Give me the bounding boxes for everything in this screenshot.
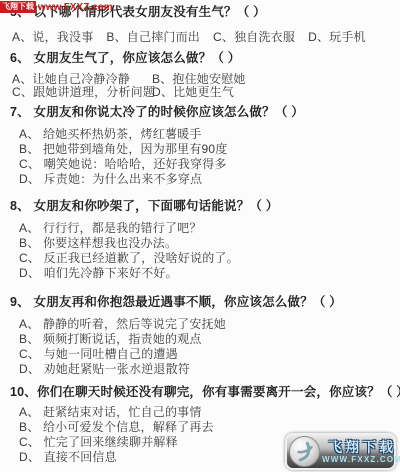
question-6-title: 6、 女朋友生气了，你应该怎么做？（ ） (10, 51, 240, 65)
question-10-option-c: C、 忙完了回来继续聊并解释 (19, 435, 178, 449)
question-7-option-b: B、 把她带到墙角处，因为那里有90度 (19, 142, 228, 156)
question-5-option-d: D、玩手机 (308, 30, 366, 44)
question-8-option-a: A、 行行行，都是我的错行了吧？ (19, 221, 202, 235)
question-6-option-b: B、抱住她安慰她 (152, 72, 246, 86)
question-10-title: 10、你们在聊天时候还没有聊完，你有事需要离开一会，你应该？（ ） (10, 385, 400, 399)
fxxz-logo-text: 飞翔下载 WWW.FXXZ.COM (322, 439, 400, 464)
question-5-options: A、说，我没事 B、自己摔门而出 C、独自洗衣服 D、玩手机 (12, 30, 366, 44)
question-9-option-a: A、 静静的听着，然后等说完了安抚她 (19, 317, 226, 331)
question-5-option-c: C、独自洗衣服 (213, 30, 295, 44)
question-7-option-d: D、 斥责她：为什么出来不多穿点 (19, 172, 202, 186)
question-10-option-b: B、 给小可爱发个信息，解释了再去 (19, 420, 214, 434)
question-6-option-d: D、比她更生气 (152, 85, 234, 99)
fxxz-logo-url: WWW.FXXZ.COM (322, 455, 400, 464)
question-10-option-d: D、 直接不回信息 (19, 450, 117, 464)
fxxz-logo: 飞翔下载 WWW.FXXZ.COM (285, 433, 396, 470)
question-9-option-c: C、 与她一同吐槽自己的遭遇 (19, 347, 178, 361)
watermark-badge: 飞翔下载 (0, 1, 36, 13)
question-5-option-a: A、说，我没事 (12, 30, 93, 44)
watermark-url: www.FXXZ.com (38, 2, 113, 13)
question-8-title: 8、 女朋友和你吵架了，下面哪句话能说？（ ） (10, 199, 279, 213)
question-5-option-b: B、自己摔门而出 (106, 30, 200, 44)
question-7-option-a: A、 给她买杯热奶茶，烤红薯暖手 (19, 127, 202, 141)
question-8-option-c: C、 反正我已经道歉了，没啥好说的了。 (19, 251, 239, 265)
question-7-option-c: C、 嘲笑她说：哈哈哈，还好我穿得多 (19, 157, 227, 171)
question-9-option-b: B、 频频打断说话，指责她的观点 (19, 332, 202, 346)
question-6-option-c: C、跟她讲道理，分析问题 (12, 85, 155, 99)
question-7-title: 7、 女朋友和你说太冷了的时候你应该怎么做？（ ） (10, 105, 304, 119)
quiz-document: 飞翔下载 www.FXXZ.com 5、 以下哪个情形代表女朋友没有生气？（ ）… (0, 0, 400, 472)
question-8-option-b: B、 你要这样想我也没办法。 (19, 236, 177, 250)
question-9-title: 9、 女朋友再和你抱怨最近遇事不顺，你应该怎么做？（ ） (10, 295, 342, 309)
question-10-option-a: A、 赶紧结束对话，忙自己的事情 (19, 405, 202, 419)
fxxz-logo-icon (289, 436, 320, 467)
question-8-option-d: D、 咱们先冷静下来好不好。 (19, 266, 178, 280)
fxxz-logo-title: 飞翔下载 (328, 439, 396, 455)
question-9-option-d: D、 劝她赶紧贴一张水逆退散符 (19, 362, 190, 376)
question-6-option-a: A、让她自己冷静冷静 (12, 72, 130, 86)
watermark-top-left: 飞翔下载 www.FXXZ.com (0, 1, 113, 13)
